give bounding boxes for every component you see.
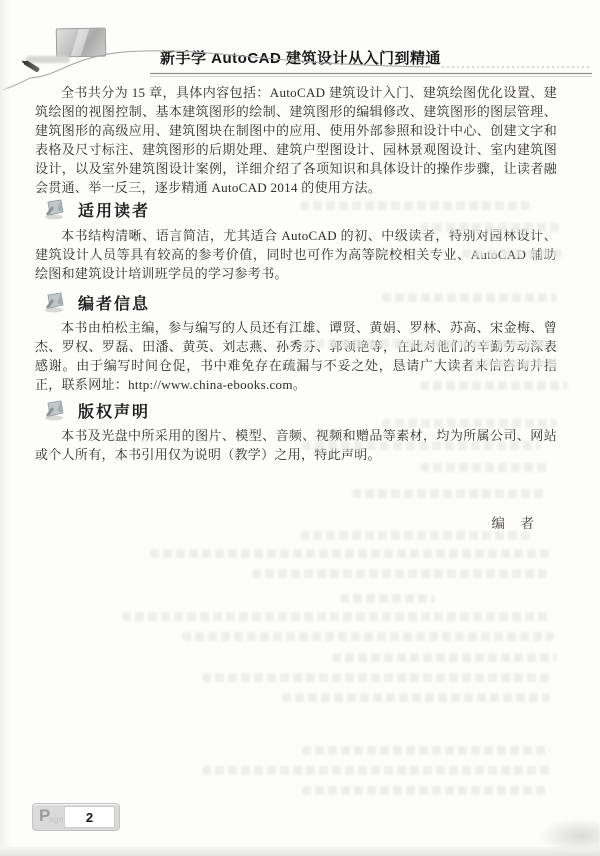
page-number-badge: P age 2 <box>32 803 120 831</box>
bleed-through-line <box>340 594 435 603</box>
bleed-through-line <box>332 653 557 662</box>
page-number: 2 <box>64 806 115 828</box>
page-label-rest: age <box>49 815 64 824</box>
note-pen-icon <box>42 399 66 421</box>
bleed-through-line <box>122 612 550 621</box>
note-pen-icon <box>42 198 66 220</box>
section-heading-label: 版权声明 <box>78 399 150 422</box>
bleed-through-line <box>252 569 547 578</box>
bleed-through-line <box>302 746 550 755</box>
editor-info-paragraph: 本书由柏松主编，参与编写的人员还有江雄、谭贤、黄娟、罗林、苏高、宋金梅、曾杰、罗… <box>35 318 557 394</box>
scan-corner-smudge <box>538 818 600 848</box>
bleed-through-line <box>300 531 530 540</box>
editor-info-block: 本书由柏松主编，参与编写的人员还有江雄、谭贤、黄娟、罗林、苏高、宋金梅、曾杰、罗… <box>35 318 557 394</box>
target-readers-block: 本书结构清晰、语言简洁，尤其适合 AutoCAD 的初、中级读者，特别对园林设计… <box>35 226 557 283</box>
bleed-through-line <box>282 693 550 702</box>
section-heading-label: 编者信息 <box>78 291 150 314</box>
bleed-through-line <box>202 673 550 682</box>
bleed-through-line <box>182 632 554 641</box>
scan-bottom-edge <box>0 847 600 856</box>
section-heading-label: 适用读者 <box>78 198 150 221</box>
intro-paragraph: 全书共分为 15 章，具体内容包括：AutoCAD 建筑设计入门、建筑绘图优化设… <box>35 83 557 197</box>
scan-edge-shade <box>0 0 10 856</box>
bleed-through-line <box>202 766 552 775</box>
bleed-through-line <box>382 293 557 302</box>
target-readers-paragraph: 本书结构清晰、语言简洁，尤其适合 AutoCAD 的初、中级读者，特别对园林设计… <box>35 226 557 283</box>
bleed-through-line <box>300 201 530 210</box>
intro-paragraph-block: 全书共分为 15 章，具体内容包括：AutoCAD 建筑设计入门、建筑绘图优化设… <box>35 83 557 197</box>
bleed-through-line <box>302 786 547 795</box>
scanned-book-page: 新手学 AutoCAD 建筑设计从入门到精通 全书共分为 15 章，具体内容包括… <box>0 0 600 856</box>
note-pen-icon <box>42 291 66 313</box>
author-signature: 编 者 <box>35 512 557 532</box>
bleed-through-line <box>150 549 550 558</box>
copyright-paragraph: 本书及光盘中所采用的图片、模型、音频、视频和赠品等素材，均为所属公司、网站或个人… <box>35 426 557 464</box>
bleed-through-line <box>352 489 547 498</box>
section-heading-editor-info: 编者信息 <box>42 290 150 314</box>
bleed-through-line <box>420 463 550 472</box>
copyright-block: 本书及光盘中所采用的图片、模型、音频、视频和赠品等素材，均为所属公司、网站或个人… <box>35 426 557 464</box>
section-heading-copyright: 版权声明 <box>42 398 150 422</box>
section-heading-target-readers: 适用读者 <box>42 197 150 221</box>
